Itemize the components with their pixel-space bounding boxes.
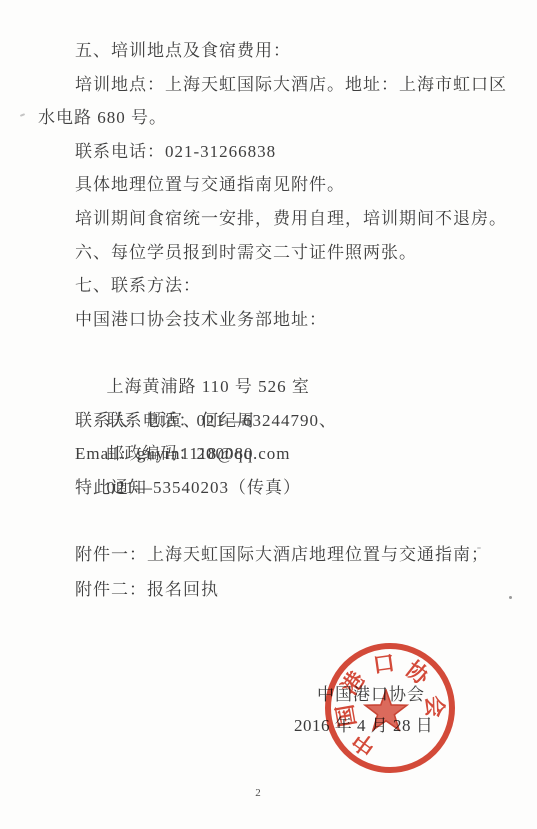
street-address-text: 上海黄浦路 110 号 526 室	[107, 370, 310, 404]
scan-speck	[20, 113, 25, 117]
email-line: Email: guyin1118@qq.com	[38, 437, 516, 471]
section-6-line: 六、每位学员报到时需交二寸证件照两张。	[38, 236, 516, 270]
section-7-heading: 七、联系方法：	[38, 269, 516, 303]
location-guide-line: 具体地理位置与交通指南见附件。	[38, 168, 516, 202]
lodging-policy-line: 培训期间食宿统一安排，费用自理，培训期间不退房。	[38, 202, 516, 236]
attachment-1-line: 附件一：上海天虹国际大酒店地理位置与交通指南；	[38, 537, 516, 572]
seal-char: 国	[332, 701, 362, 731]
page-number: 2	[248, 787, 268, 799]
section-5-heading: 五、培训地点及食宿费用：	[38, 34, 516, 68]
scan-speck	[477, 547, 481, 549]
seal-char: 口	[369, 650, 398, 679]
seal-char: 协	[399, 655, 435, 691]
scanned-notice-page: 五、培训地点及食宿费用： 培训地点：上海天虹国际大酒店。地址：上海市虹口区 水电…	[0, 0, 537, 829]
attachments-block: 附件一：上海天虹国际大酒店地理位置与交通指南； 附件二：报名回执	[38, 537, 516, 607]
hotel-phone-line: 联系电话：021-31266838	[38, 135, 516, 169]
scan-speck	[509, 596, 512, 599]
notice-body: 五、培训地点及食宿费用： 培训地点：上海天虹国际大酒店。地址：上海市虹口区 水电…	[38, 34, 516, 607]
address-postcode-line: 上海黄浦路 110 号 526 室 邮政编码：200080	[38, 336, 516, 370]
attachment-2-line: 附件二：报名回执	[38, 572, 516, 607]
training-location-line: 培训地点：上海天虹国际大酒店。地址：上海市虹口区	[38, 68, 516, 102]
address-wrap-line: 水电路 680 号。	[38, 101, 516, 135]
official-seal: 中 国 港 口 协 会	[325, 643, 455, 773]
seal-char: 会	[421, 693, 448, 720]
star-icon	[363, 689, 409, 733]
dept-address-heading: 中国港口协会技术业务部地址：	[38, 303, 516, 337]
